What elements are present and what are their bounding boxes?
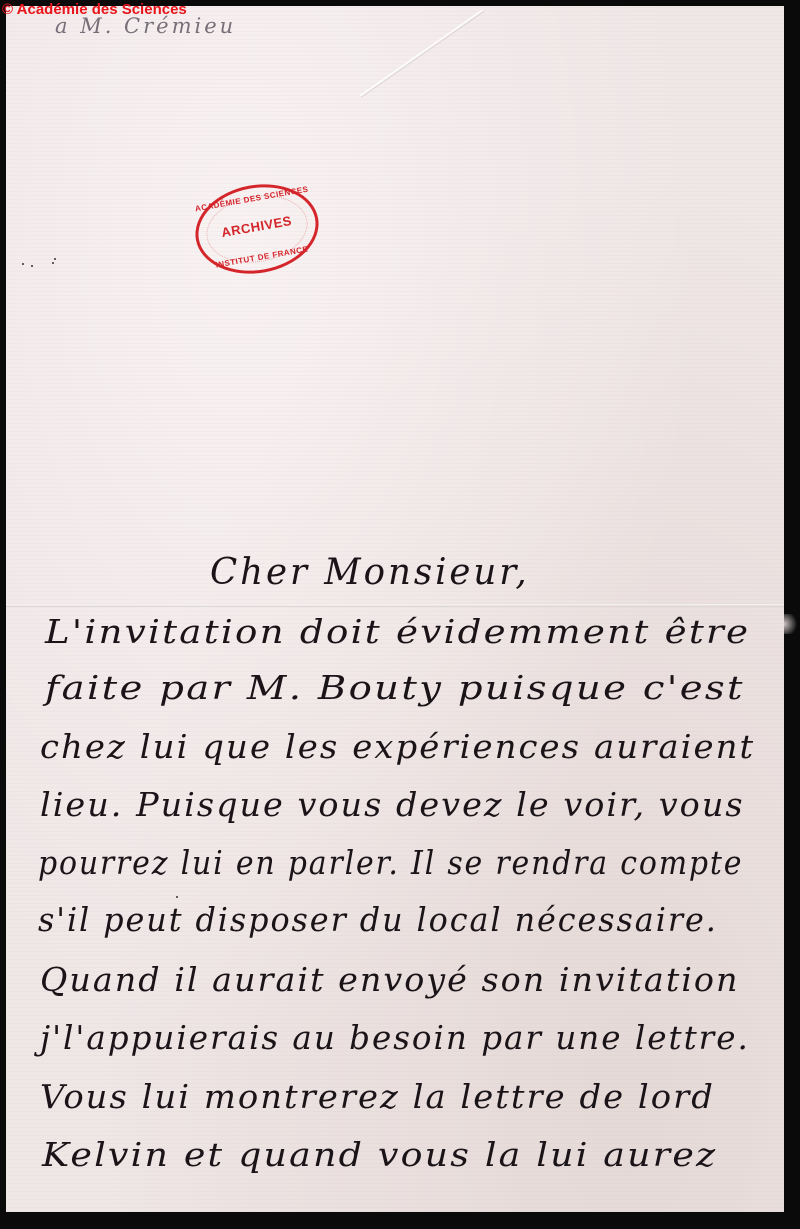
letter-line: chez lui que les expériences auraient [40,727,755,766]
letter-line: j'l'appuierais au besoin par une lettre. [40,1018,750,1057]
letter-line: L'invitation doit évidemment être [45,612,750,651]
handwritten-letter: Cher Monsieur, L'invitation doit évidemm… [0,0,800,1229]
letter-line: Kelvin et quand vous la lui aurez [42,1135,717,1174]
letter-line: pourrez lui en parler. Il se rendra comp… [38,843,743,882]
letter-line: Vous lui montrerez la lettre de lord [40,1077,715,1116]
letter-line: faite par M. Bouty puisque c'est [45,668,745,707]
letter-line: s'il peut disposer du local nécessaire. [38,900,718,939]
letter-line: Quand il aurait envoyé son invitation [40,960,740,999]
letter-salutation: Cher Monsieur, [210,552,530,593]
letter-line: lieu. Puisque vous devez le voir, vous [40,785,745,824]
